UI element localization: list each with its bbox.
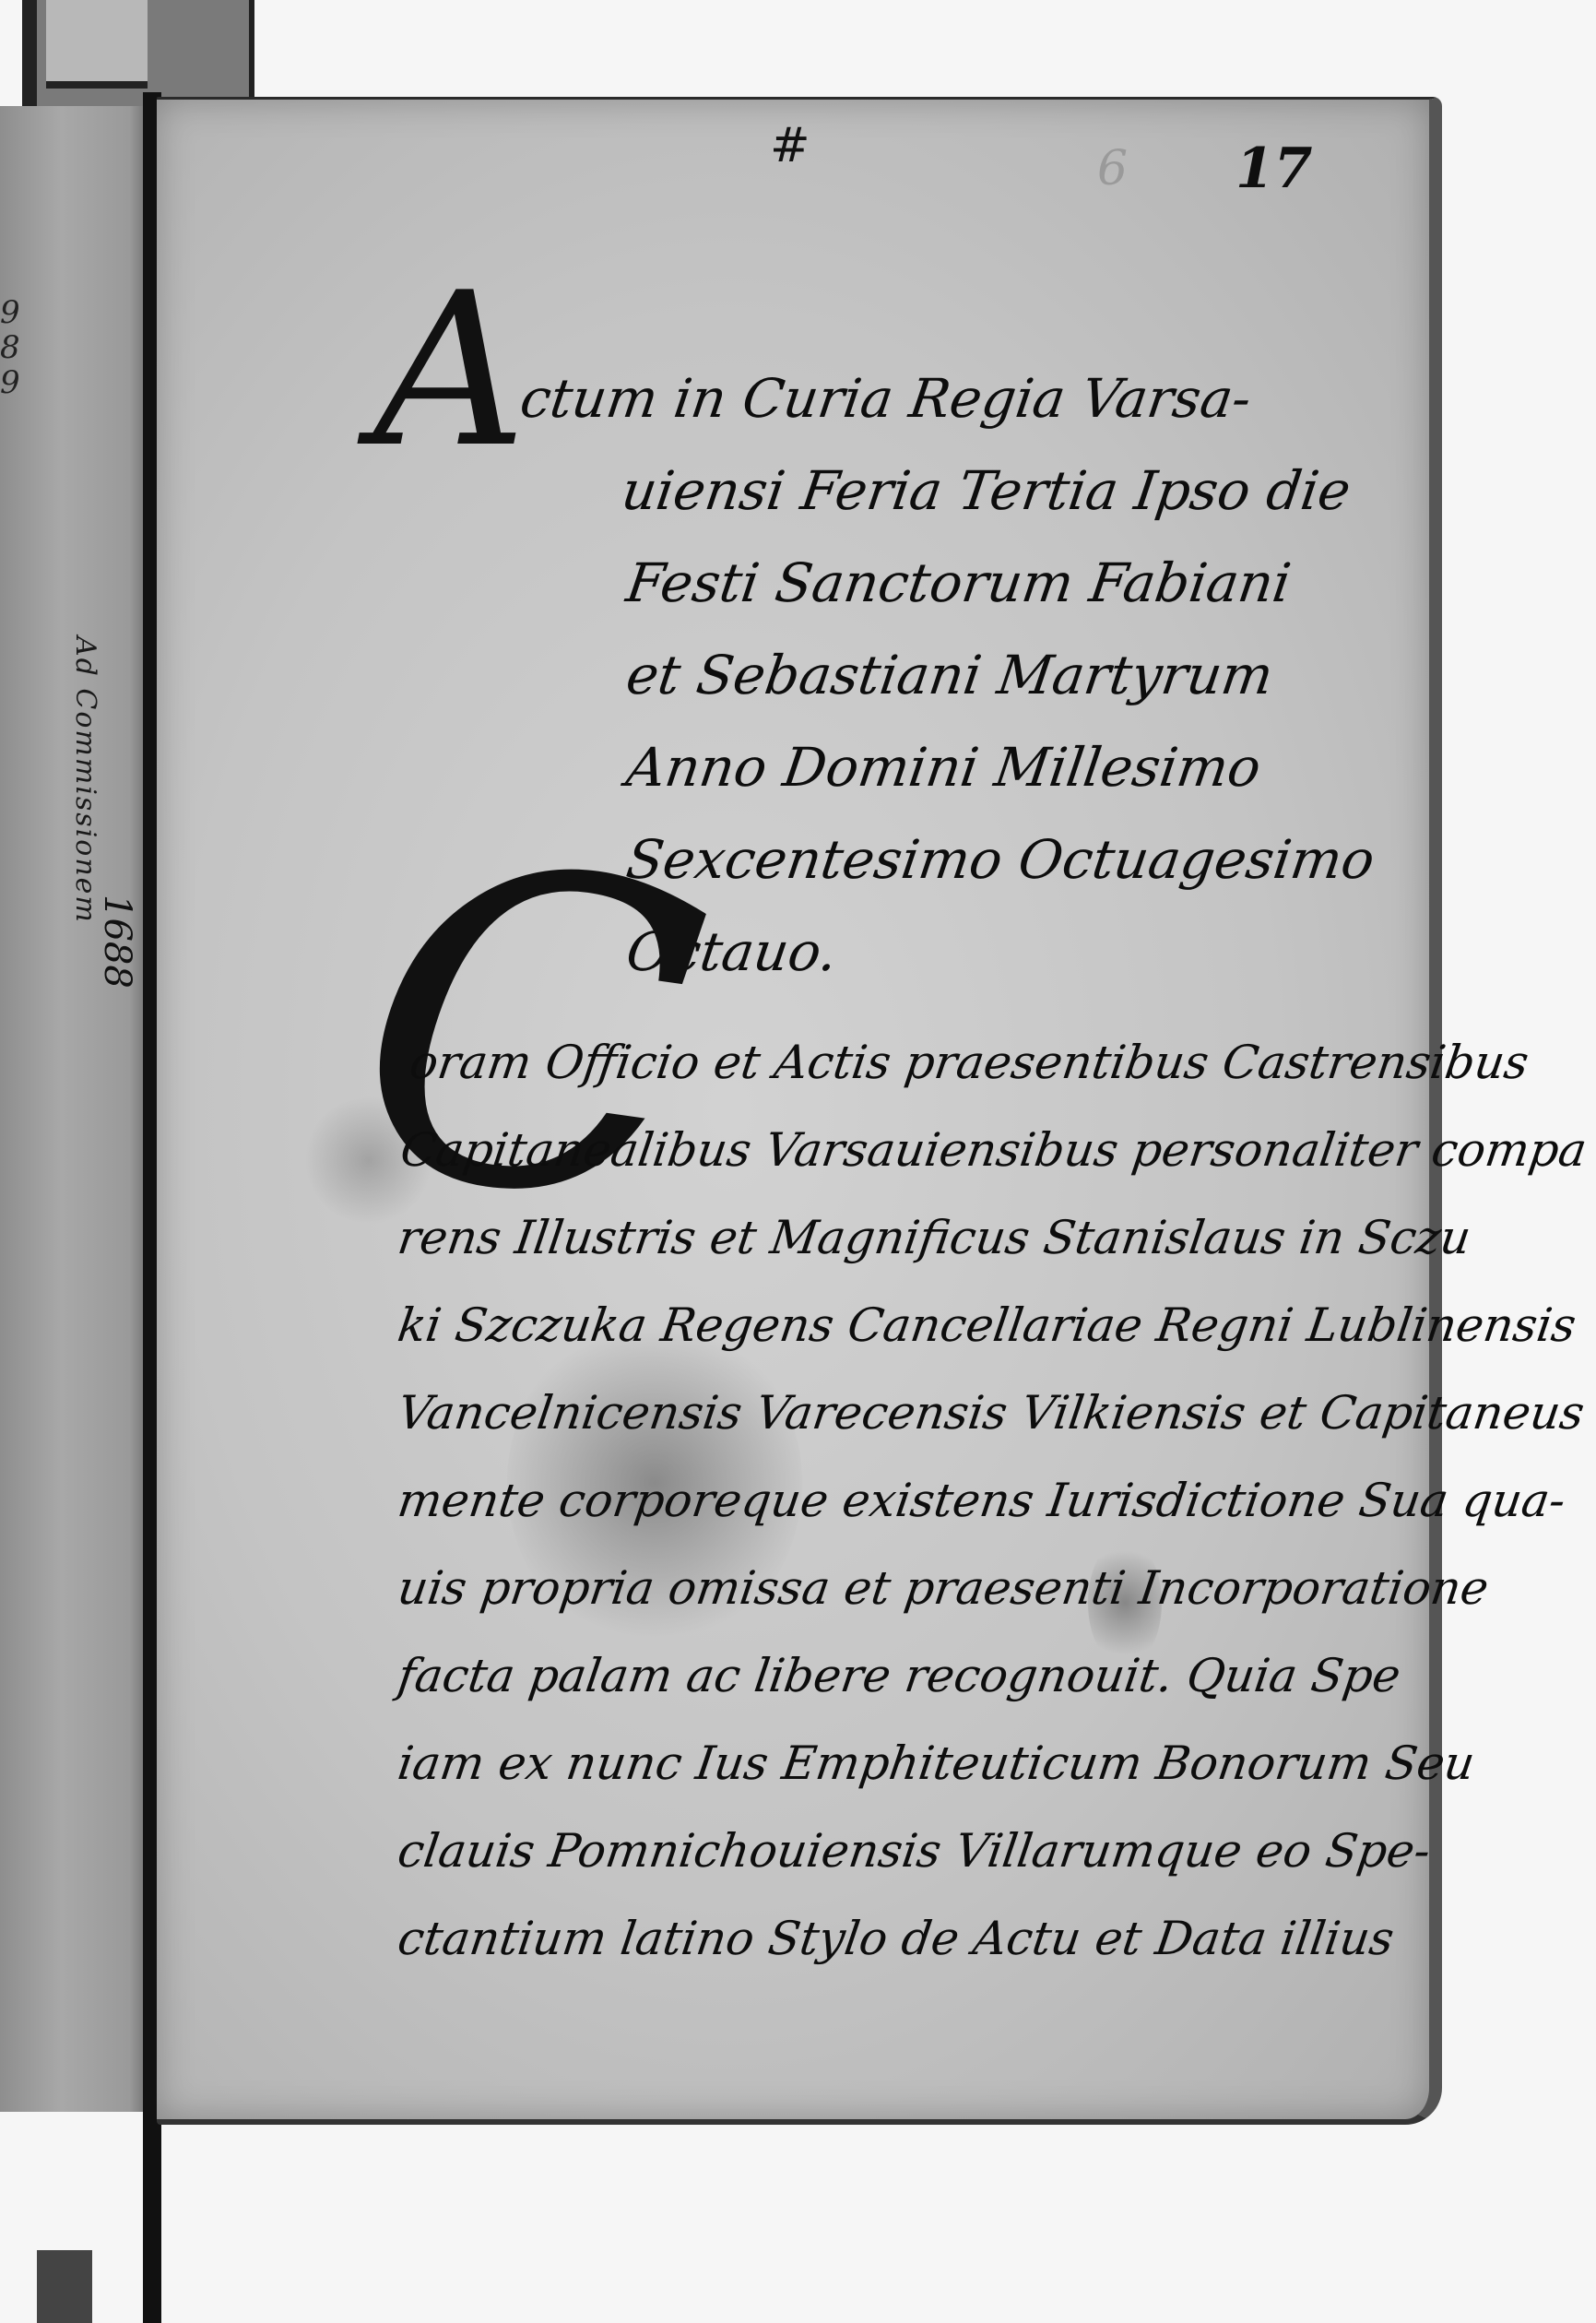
heading-line: et Sebastiani Martyrum [622,644,1277,706]
manuscript-page: # 6 17 A ctum in Curia Regia Varsa- uien… [157,97,1442,2125]
faint-folio-mark: 6 [1097,141,1128,196]
body-line: mente corporeque existens Iurisdictione … [395,1474,1569,1527]
heading-line: uiensi Feria Tertia Ipso die [618,459,1354,522]
body-line: Capitanealibus Varsauiensibus personalit… [397,1123,1590,1177]
heading-line: Festi Sanctorum Fabiani [622,551,1295,614]
body-line: oram Officio et Actis praesentibus Castr… [407,1036,1532,1089]
adjacent-leaf-top [22,0,254,106]
heading-line: Anno Domini Millesimo [622,736,1264,799]
body-line: rens Illustris et Magnificus Stanislaus … [395,1211,1474,1264]
margin-vertical-date: 1688 [96,895,138,989]
body-line: clauis Pomnichouiensis Villarumque eo Sp… [395,1824,1434,1878]
body-line: Vancelnicensis Varecensis Vilkiensis et … [395,1386,1596,1440]
body-line: uis propria omissa et praesenti Incorpor… [395,1561,1492,1615]
folio-mark: # [770,118,810,173]
body-line: ctantium latino Stylo de Actu et Data il… [395,1912,1397,1965]
margin-numbers: 9 8 9 [0,295,37,400]
body-line: ki Szczuka Regens Cancellariae Regni Lub… [395,1298,1579,1352]
margin-number: 8 [0,330,37,365]
folio-number: 17 [1235,136,1313,201]
binding-foot [37,2250,92,2323]
body-line: facta palam ac libere recognouit. Quia S… [395,1649,1404,1702]
heading-drop-initial: A [373,266,526,478]
heading-line: ctum in Curia Regia Varsa- [516,367,1255,430]
body-line: iam ex nunc Ius Emphiteuticum Bonorum Se… [395,1736,1478,1790]
adjacent-leaf [0,106,156,2112]
margin-number: 9 [0,295,37,330]
margin-vertical-note: Ad Commissionem [69,636,101,924]
heading-line: Sexcentesimo Octuagesimo [622,828,1378,891]
margin-number: 9 [0,365,37,400]
